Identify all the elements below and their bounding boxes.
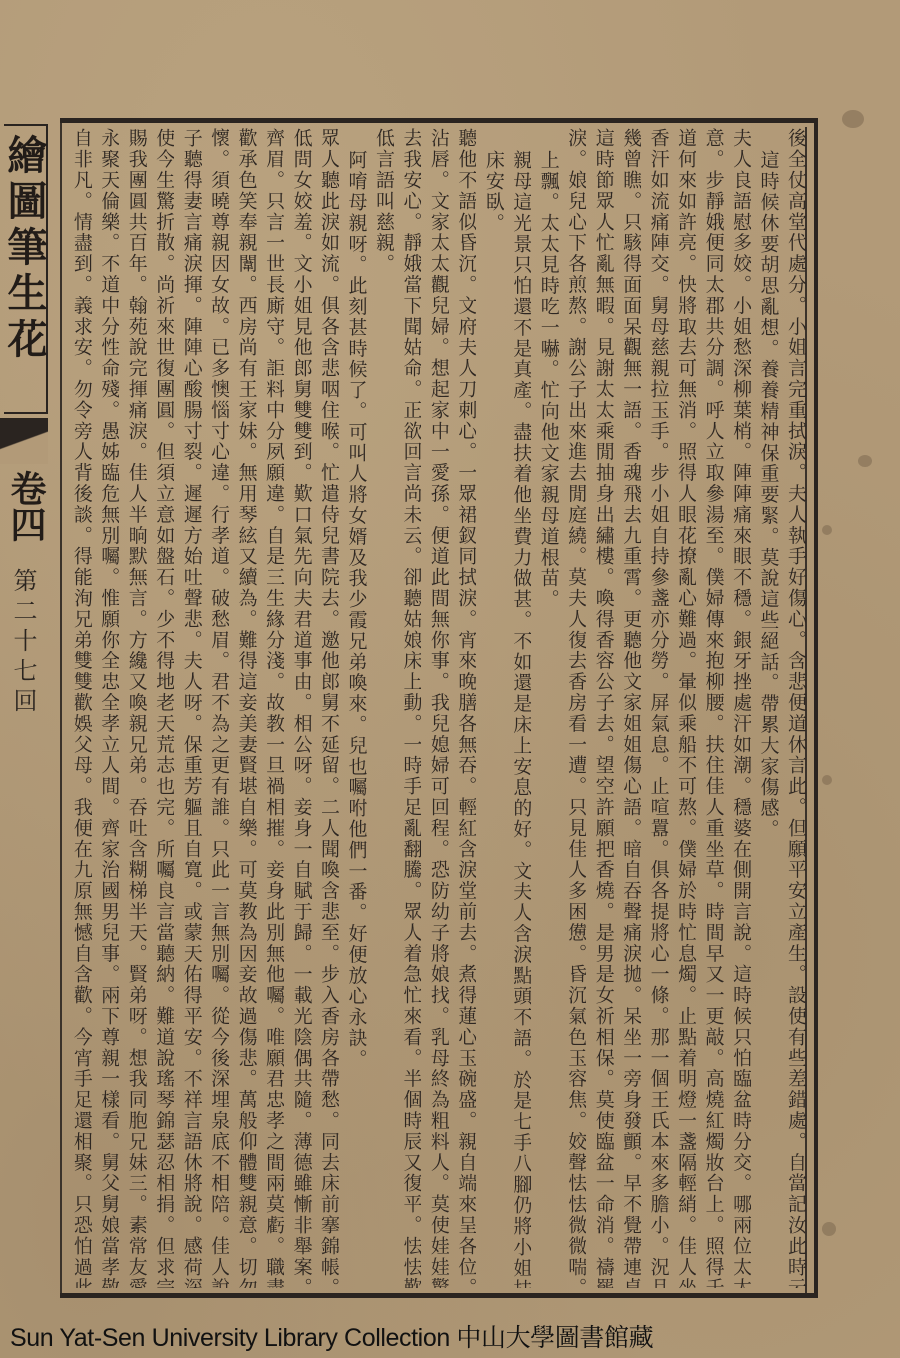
page-blemish (822, 525, 832, 535)
chapter-label: 第二十七回 (8, 568, 38, 718)
text-column: 低問女姣羞。文小姐見他郎舅雙雙到。歎口氣先向夫君道事由。相公呀。妾身一自賦于歸。… (284, 128, 311, 1288)
text-column: 淚。娘兒心下各煎熬。謝公子出來進去閒庭繞。莫夫人復去香房看一遭。只見佳人多困憊。… (559, 128, 586, 1288)
text-column: 道何來如許亮。快將取去可無消。照得人眼花撩亂心難過。暈似乘船不可熬。僕婦於時忙息… (669, 128, 696, 1288)
text-column: 夫人良語慰多姣。小姐愁深柳葉梢。陣陣痛來眼不穩。銀牙挫處汗如潮。穩婆在側開言說。… (724, 128, 751, 1288)
text-column: 這時候休要胡思亂想。養養精神保重要緊。莫說這些絕話。帶累大家傷感。 (751, 128, 778, 1288)
text-column: 去我安心。靜娥當下聞姑命。正欲回言尚未云。卻聽姑娘床上動。一時手足亂翻騰。眾人着… (394, 128, 421, 1288)
text-column: 使今生驚折散。尚祈來世復團圓。但須立意如盤石。少不得地老天荒志也完。所囑良言當聽… (147, 128, 174, 1288)
text-column: 懷。須曉尊親因女故。已多懊惱寸心違。行孝道。破愁眉。君不為之更有誰。只此一言無別… (202, 128, 229, 1288)
text-column: 沾唇。文家太太觀兒婦。想起家中一愛孫。便道此間無你事。我兒媳婦可回程。恐防幼子將… (421, 128, 448, 1288)
text-column: 這時節眾人忙亂無暇。見謝太太乘閒抽身出繡樓。喚得香容公子去。望空許願把香燒。是男… (586, 128, 613, 1288)
text-column: 子聽得妻言痛淚揮。陣陣心酸腸寸裂。遲遲方始吐聲悲。夫人呀。保重芳軀且自寬。或蒙天… (174, 128, 201, 1288)
text-column: 齊眉。只言一世長廝守。詎料中分夙願違。自是三生緣分淺。故教一旦禍相摧。妾身此別無… (257, 128, 284, 1288)
book-margin-strip: 繪圖筆生花 卷四 第二十七回 (0, 118, 58, 1298)
text-column: 親母這光景只怕還不是真產。盡扶着他坐費力做甚。不如還是床上安息的好。文夫人含淚點… (504, 128, 531, 1288)
vertical-text-body: 後全仗高堂代處分。小姐言完重拭淚。夫人執手好傷心。含悲便道休言此。但願平安立產生… (64, 128, 806, 1288)
page-blemish (822, 1222, 836, 1236)
page-blemish (858, 455, 872, 467)
text-column: 阿唷母親呀。此刻甚時候了。可叫人將女婿及我少霞兄弟喚來。兒也囑咐他們一番。好便放… (339, 128, 366, 1288)
page-blemish (842, 110, 864, 128)
text-column: 後全仗高堂代處分。小姐言完重拭淚。夫人執手好傷心。含悲便道休言此。但願平安立產生… (779, 128, 806, 1288)
library-credit: Sun Yat-Sen University Library Collectio… (10, 1318, 653, 1350)
page-blemish (822, 775, 832, 785)
text-column: 賜我團圓共百年。翰苑說完揮痛淚。佳人半晌默無言。方纔又喚親兄弟。吞吐含糊梯半天。… (119, 128, 146, 1288)
text-column: 床安臥。 (476, 128, 503, 1288)
text-column: 自非凡。情盡到。義求安。勿令旁人背後談。得能洵兄弟雙雙歡娛父母。我便在九原無憾自… (64, 128, 91, 1288)
text-column: 聽他不語似昏沉。文府夫人刀刺心。一眾裙釵同拭淚。宵來晚膳各無吞。輕紅含淚堂前去。… (449, 128, 476, 1288)
title-divider (0, 418, 48, 464)
book-title: 繪圖筆生花 (4, 124, 48, 414)
text-column: 永聚天倫樂。不道中分性命殘。愚姊臨危無別囑。惟願你全忠全孝立人間。齊家治國男兒事… (92, 128, 119, 1288)
text-column: 香汗如流痛陣交。舅母慈親拉玉手。步小姐自持參盞亦分勞。屏氣息。止喧囂。俱各提將心… (641, 128, 668, 1288)
text-column: 歡承色笑奉親闈。西房尚有王家妹。無用琴絃又續為。難得這妾美妻賢堪自樂。可莫教為因… (229, 128, 256, 1288)
text-column: 眾人聽此淚如流。俱各含悲咽住喉。忙遣侍兒書院去。邀他郎舅不延留。二人聞喚含悲至。… (312, 128, 339, 1288)
text-column: 意。步靜娥便同太郡共分調。呼人立取參湯至。僕婦傳來抱柳腰。扶住佳人重坐草。時間早… (696, 128, 723, 1288)
text-column: 低言語叫慈親。 (367, 128, 394, 1288)
text-column: 幾曾瞧。只駭得面面呆觀無一語。香魂飛去九重霄。更聽他文家姐姐傷心語。暗自吞聲痛淚… (614, 128, 641, 1288)
volume-label: 卷四 (4, 470, 48, 542)
text-column: 上飄。太太見時吃一嚇。忙向他文家親母道根苗。 (531, 128, 558, 1288)
